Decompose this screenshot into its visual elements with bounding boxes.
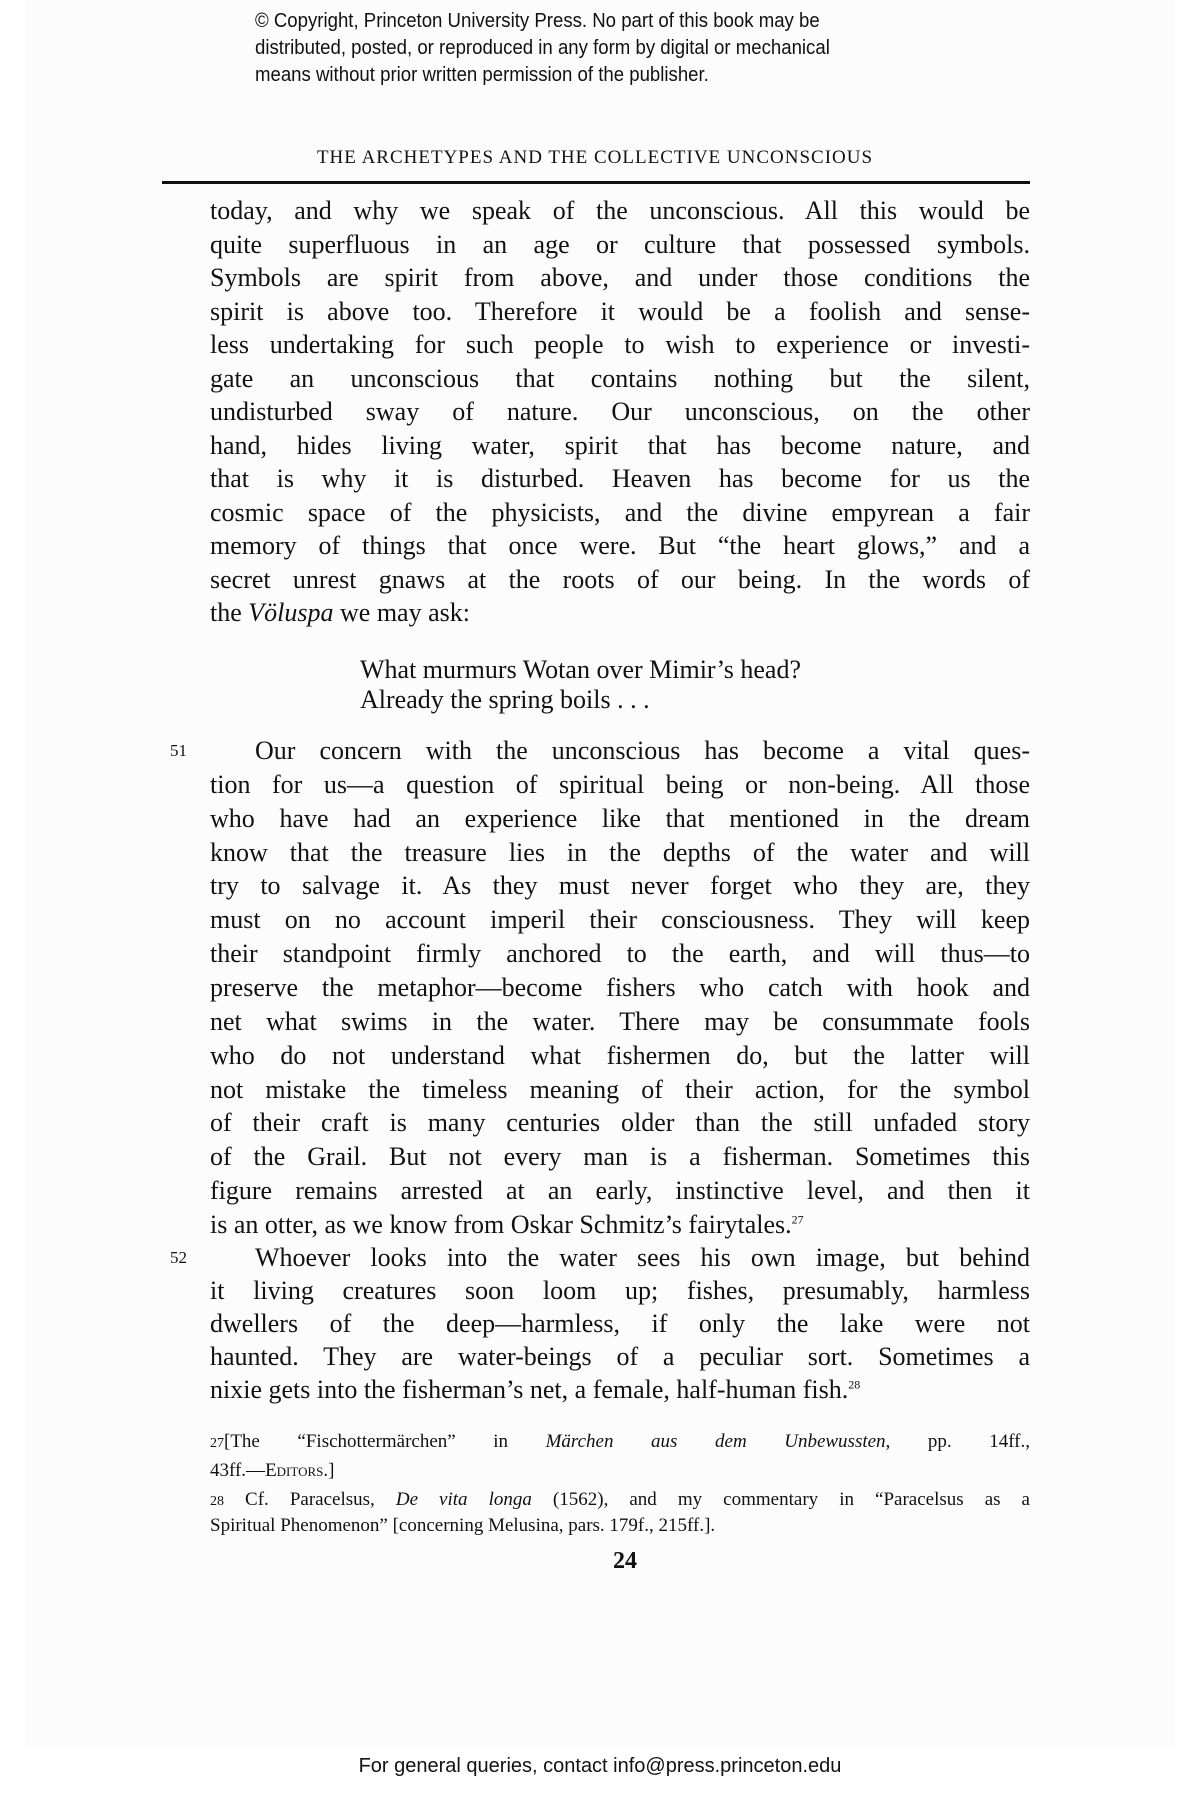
body-line: secret unrest gnaws at the roots of our …: [210, 565, 1030, 595]
body-line: net what swims in the water. There may b…: [210, 1007, 1030, 1037]
body-line: Whoever looks into the water sees his ow…: [210, 1243, 1030, 1273]
body-line: figure remains arrested at an early, ins…: [210, 1176, 1030, 1206]
body-line: it living creatures soon loom up; fishes…: [210, 1276, 1030, 1306]
header-rule: [162, 181, 1030, 184]
body-line: less undertaking for such people to wish…: [210, 330, 1030, 360]
body-line: their standpoint firmly anchored to the …: [210, 939, 1030, 969]
body-line: nixie gets into the fisherman’s net, a f…: [210, 1375, 1030, 1405]
footer-contact: For general queries, contact info@press.…: [0, 1755, 1200, 1778]
body-line: cosmic space of the physicists, and the …: [210, 498, 1030, 528]
body-line: of the Grail. But not every man is a fis…: [210, 1142, 1030, 1172]
body-line: today, and why we speak of the unconscio…: [210, 196, 1030, 226]
body-line: quite superfluous in an age or culture t…: [210, 230, 1030, 260]
running-head: THE ARCHETYPES AND THE COLLECTIVE UNCONS…: [160, 147, 1030, 169]
body-line: tion for us—a question of spiritual bein…: [210, 770, 1030, 800]
body-line: dwellers of the deep—harmless, if only t…: [210, 1309, 1030, 1339]
body-line: Our concern with the unconscious has bec…: [210, 736, 1030, 766]
footnote-27: 27[The “Fischottermärchen” in Märchen au…: [210, 1430, 1030, 1456]
body-line: hand, hides living water, spirit that ha…: [210, 431, 1030, 461]
body-line: undisturbed sway of nature. Our unconsci…: [210, 397, 1030, 427]
verse-line: Already the spring boils . . .: [360, 685, 650, 715]
body-line: haunted. They are water-beings of a pecu…: [210, 1342, 1030, 1372]
body-line: the Völuspa we may ask:: [210, 598, 1030, 628]
body-line: not mistake the timeless meaning of thei…: [210, 1075, 1030, 1105]
body-line: who have had an experience like that men…: [210, 804, 1030, 834]
body-line: of their craft is many centuries older t…: [210, 1108, 1030, 1138]
body-line: spirit is above too. Therefore it would …: [210, 297, 1030, 327]
body-line: that is why it is disturbed. Heaven has …: [210, 464, 1030, 494]
paragraph-number: 51: [170, 736, 187, 766]
footnote-ref[interactable]: 28: [848, 1377, 860, 1391]
copyright-line: means without prior written permission o…: [255, 62, 925, 89]
body-line: Symbols are spirit from above, and under…: [210, 263, 1030, 293]
paragraph-number: 52: [170, 1243, 187, 1273]
body-line: gate an unconscious that contains nothin…: [210, 364, 1030, 394]
footnote-28-cont: Spiritual Phenomenon” [concerning Melusi…: [210, 1514, 1030, 1538]
copyright-line: © Copyright, Princeton University Press.…: [255, 8, 925, 35]
body-line: who do not understand what fishermen do,…: [210, 1041, 1030, 1071]
body-line: is an otter, as we know from Oskar Schmi…: [210, 1210, 1030, 1240]
body-line: memory of things that once were. But “th…: [210, 531, 1030, 561]
body-line: must on no account imperil their conscio…: [210, 905, 1030, 935]
body-line: know that the treasure lies in the depth…: [210, 838, 1030, 868]
body-line: preserve the metaphor—become fishers who…: [210, 973, 1030, 1003]
footnote-27-cont: 43ff.—Editors.]: [210, 1459, 1030, 1483]
verse-line: What murmurs Wotan over Mimir’s head?: [360, 655, 801, 685]
footnote-28: 28 Cf. Paracelsus, De vita longa (1562),…: [210, 1488, 1030, 1514]
page-number: 24: [0, 1548, 1200, 1575]
copyright-notice: © Copyright, Princeton University Press.…: [255, 8, 925, 89]
italic-title-voluspa: Völuspa: [248, 598, 333, 627]
copyright-line: distributed, posted, or reproduced in an…: [255, 35, 925, 62]
footnote-ref[interactable]: 27: [792, 1212, 804, 1226]
body-line: try to salvage it. As they must never fo…: [210, 871, 1030, 901]
